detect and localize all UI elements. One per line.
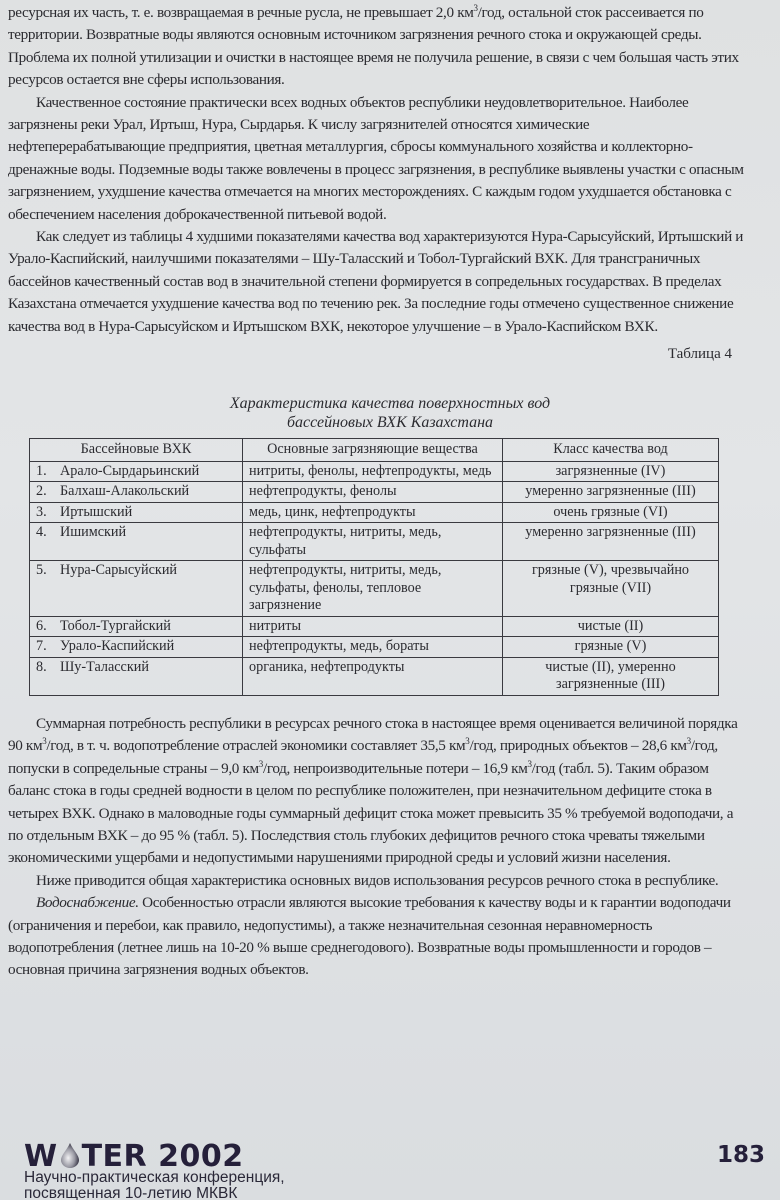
- table-label: Таблица 4: [668, 346, 732, 363]
- water-2002-logo: WTER 2002: [24, 1142, 244, 1172]
- table-row: 1.Арало-Сырдарьинскийнитриты, фенолы, не…: [30, 461, 719, 482]
- cell-quality: загрязненные (IV): [503, 461, 719, 482]
- row-number: 7.: [36, 638, 60, 656]
- table-row: 6.Тобол-Тургайскийнитритычистые (II): [30, 616, 719, 637]
- cell-pollutants: нитриты, фенолы, нефтепродукты, медь: [243, 461, 503, 482]
- paragraph: Водоснабжение. Особенностью отрасли явля…: [8, 892, 748, 982]
- conference-subtitle: Научно-практическая конференция, посвяще…: [24, 1170, 285, 1200]
- water-quality-table: Бассейновые ВХК Основные загрязняющие ве…: [29, 438, 719, 696]
- header-basin: Бассейновые ВХК: [30, 439, 243, 462]
- page-number: 183: [717, 1142, 765, 1168]
- cell-basin: 4.Ишимский: [30, 523, 243, 561]
- cell-quality: чистые (II): [503, 616, 719, 637]
- cell-pollutants: нефтепродукты, нитриты, медь, сульфаты, …: [243, 561, 503, 617]
- paragraph: Ниже приводится общая характеристика осн…: [8, 870, 748, 892]
- cell-pollutants: нитриты: [243, 616, 503, 637]
- cell-basin: 3.Иртышский: [30, 502, 243, 523]
- paragraph: Суммарная потребность республики в ресур…: [8, 713, 748, 870]
- table-title-line1: Характеристика качества поверхностных во…: [0, 394, 780, 413]
- table-header-row: Бассейновые ВХК Основные загрязняющие ве…: [30, 439, 719, 462]
- row-number: 8.: [36, 659, 60, 677]
- row-number: 1.: [36, 463, 60, 481]
- header-pollutants: Основные загрязняющие вещества: [243, 439, 503, 462]
- subtitle-line2: посвященная 10-летию МКВК: [24, 1186, 285, 1200]
- cell-pollutants: нефтепродукты, медь, бораты: [243, 637, 503, 658]
- table-row: 5.Нура-Сарысуйскийнефтепродукты, нитриты…: [30, 561, 719, 617]
- table-row: 4.Ишимскийнефтепродукты, нитриты, медь, …: [30, 523, 719, 561]
- cell-pollutants: органика, нефтепродукты: [243, 657, 503, 695]
- cell-pollutants: нефтепродукты, фенолы: [243, 482, 503, 503]
- header-quality: Класс качества вод: [503, 439, 719, 462]
- paragraph-italic-lead: Водоснабжение.: [36, 894, 139, 911]
- cell-quality: грязные (V), чрезвычайно грязные (VII): [503, 561, 719, 617]
- table-row: 3.Иртышскиймедь, цинк, нефтепродуктыочен…: [30, 502, 719, 523]
- cell-basin: 8.Шу-Таласский: [30, 657, 243, 695]
- paragraph: Качественное состояние практически всех …: [8, 92, 748, 226]
- cell-basin: 6.Тобол-Тургайский: [30, 616, 243, 637]
- cell-quality: умеренно загрязненные (III): [503, 482, 719, 503]
- cell-pollutants: медь, цинк, нефтепродукты: [243, 502, 503, 523]
- cell-quality: умеренно загрязненные (III): [503, 523, 719, 561]
- cell-basin: 2.Балхаш-Алакольский: [30, 482, 243, 503]
- table-row: 8.Шу-Таласскийорганика, нефтепродуктычис…: [30, 657, 719, 695]
- row-number: 2.: [36, 483, 60, 501]
- row-number: 6.: [36, 618, 60, 636]
- table-title: Характеристика качества поверхностных во…: [0, 394, 780, 432]
- row-number: 5.: [36, 562, 60, 580]
- cell-quality: чистые (II), умеренно загрязненные (III): [503, 657, 719, 695]
- subtitle-line1: Научно-практическая конференция,: [24, 1170, 285, 1186]
- table-row: 7.Урало-Каспийскийнефтепродукты, медь, б…: [30, 637, 719, 658]
- body-text-bottom: Суммарная потребность республики в ресур…: [8, 713, 748, 982]
- cell-basin: 1.Арало-Сырдарьинский: [30, 461, 243, 482]
- table-title-line2: бассейновых ВХК Казахстана: [0, 413, 780, 432]
- cell-basin: 5.Нура-Сарысуйский: [30, 561, 243, 617]
- cell-quality: очень грязные (VI): [503, 502, 719, 523]
- cell-basin: 7.Урало-Каспийский: [30, 637, 243, 658]
- water-drop-icon: [60, 1142, 80, 1168]
- cell-quality: грязные (V): [503, 637, 719, 658]
- row-number: 4.: [36, 524, 60, 542]
- row-number: 3.: [36, 504, 60, 522]
- table-row: 2.Балхаш-Алакольскийнефтепродукты, фенол…: [30, 482, 719, 503]
- body-text-top: ресурсная их часть, т. е. возвращаемая в…: [8, 2, 748, 338]
- paragraph: Как следует из таблицы 4 худшими показат…: [8, 226, 748, 338]
- paragraph: ресурсная их часть, т. е. возвращаемая в…: [8, 2, 748, 92]
- cell-pollutants: нефтепродукты, нитриты, медь, сульфаты: [243, 523, 503, 561]
- document-page: ресурсная их часть, т. е. возвращаемая в…: [0, 0, 780, 1200]
